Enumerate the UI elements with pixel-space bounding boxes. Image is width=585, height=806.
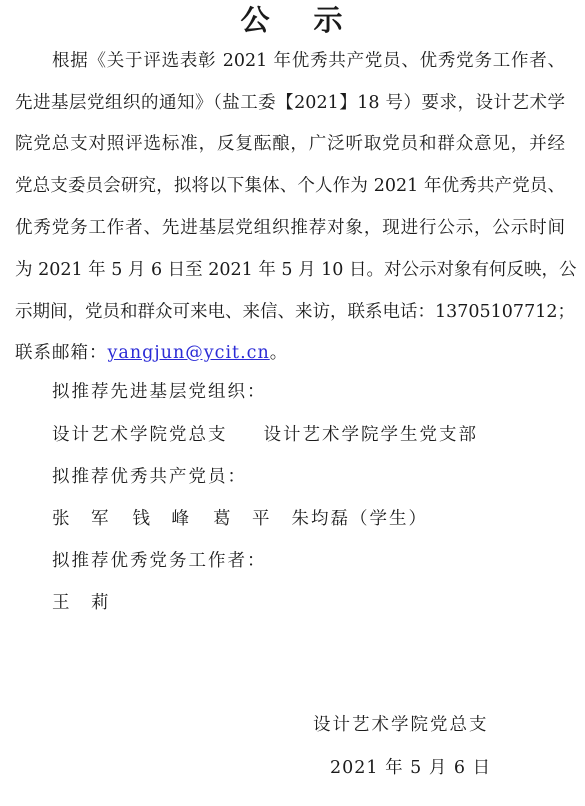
worker-entry: 王 莉 bbox=[52, 591, 111, 615]
member-entry: 葛 平 bbox=[213, 507, 272, 531]
section-heading: 拟推荐优秀党务工作者： bbox=[52, 549, 267, 573]
page-title: 公示 bbox=[0, 2, 585, 38]
paragraph-line: 先进基层党组织的通知》（盐工委【2021】18 号）要求，设计艺术学 bbox=[15, 91, 565, 115]
paragraph-line: 根据《关于评选表彰 2021 年优秀共产党员、优秀党务工作者、 bbox=[52, 49, 565, 73]
title-char-2: 示 bbox=[314, 2, 345, 38]
paragraph-line: 为 2021 年 5 月 6 日至 2021 年 5 月 10 日。对公示对象有… bbox=[15, 258, 565, 282]
email-line: 联系邮箱：yangjun@ycit.cn。 bbox=[15, 341, 288, 365]
paragraph-line: 院党总支对照评选标准，反复酝酿，广泛听取党员和群众意见，并经 bbox=[15, 132, 565, 156]
org-entry: 设计艺术学院学生党支部 bbox=[264, 425, 479, 445]
signature-organization: 设计艺术学院党总支 bbox=[313, 713, 489, 737]
section-heading: 拟推荐先进基层党组织： bbox=[52, 380, 267, 404]
member-entry: 朱均磊（学生） bbox=[292, 507, 429, 531]
title-char-1: 公 bbox=[240, 2, 271, 38]
email-link[interactable]: yangjun@ycit.cn bbox=[108, 343, 270, 363]
paragraph-line: 示期间，党员和群众可来电、来信、来访，联系电话：13705107712； bbox=[15, 300, 565, 324]
org-list: 设计艺术学院党总支设计艺术学院学生党支部 bbox=[52, 423, 478, 447]
paragraph-line: 优秀党务工作者、先进基层党组织推荐对象，现进行公示，公示时间 bbox=[15, 216, 565, 240]
email-suffix: 。 bbox=[270, 343, 289, 363]
email-label: 联系邮箱： bbox=[15, 343, 108, 363]
member-entry: 张 军 bbox=[52, 507, 111, 531]
section-heading: 拟推荐优秀共产党员： bbox=[52, 465, 247, 489]
signature-date: 2021 年 5 月 6 日 bbox=[330, 756, 491, 780]
org-entry: 设计艺术学院党总支 bbox=[52, 425, 228, 445]
paragraph-line: 党总支委员会研究，拟将以下集体、个人作为 2021 年优秀共产党员、 bbox=[15, 174, 565, 198]
member-list: 张 军钱 峰葛 平朱均磊（学生） bbox=[52, 507, 428, 531]
member-entry: 钱 峰 bbox=[133, 507, 192, 531]
